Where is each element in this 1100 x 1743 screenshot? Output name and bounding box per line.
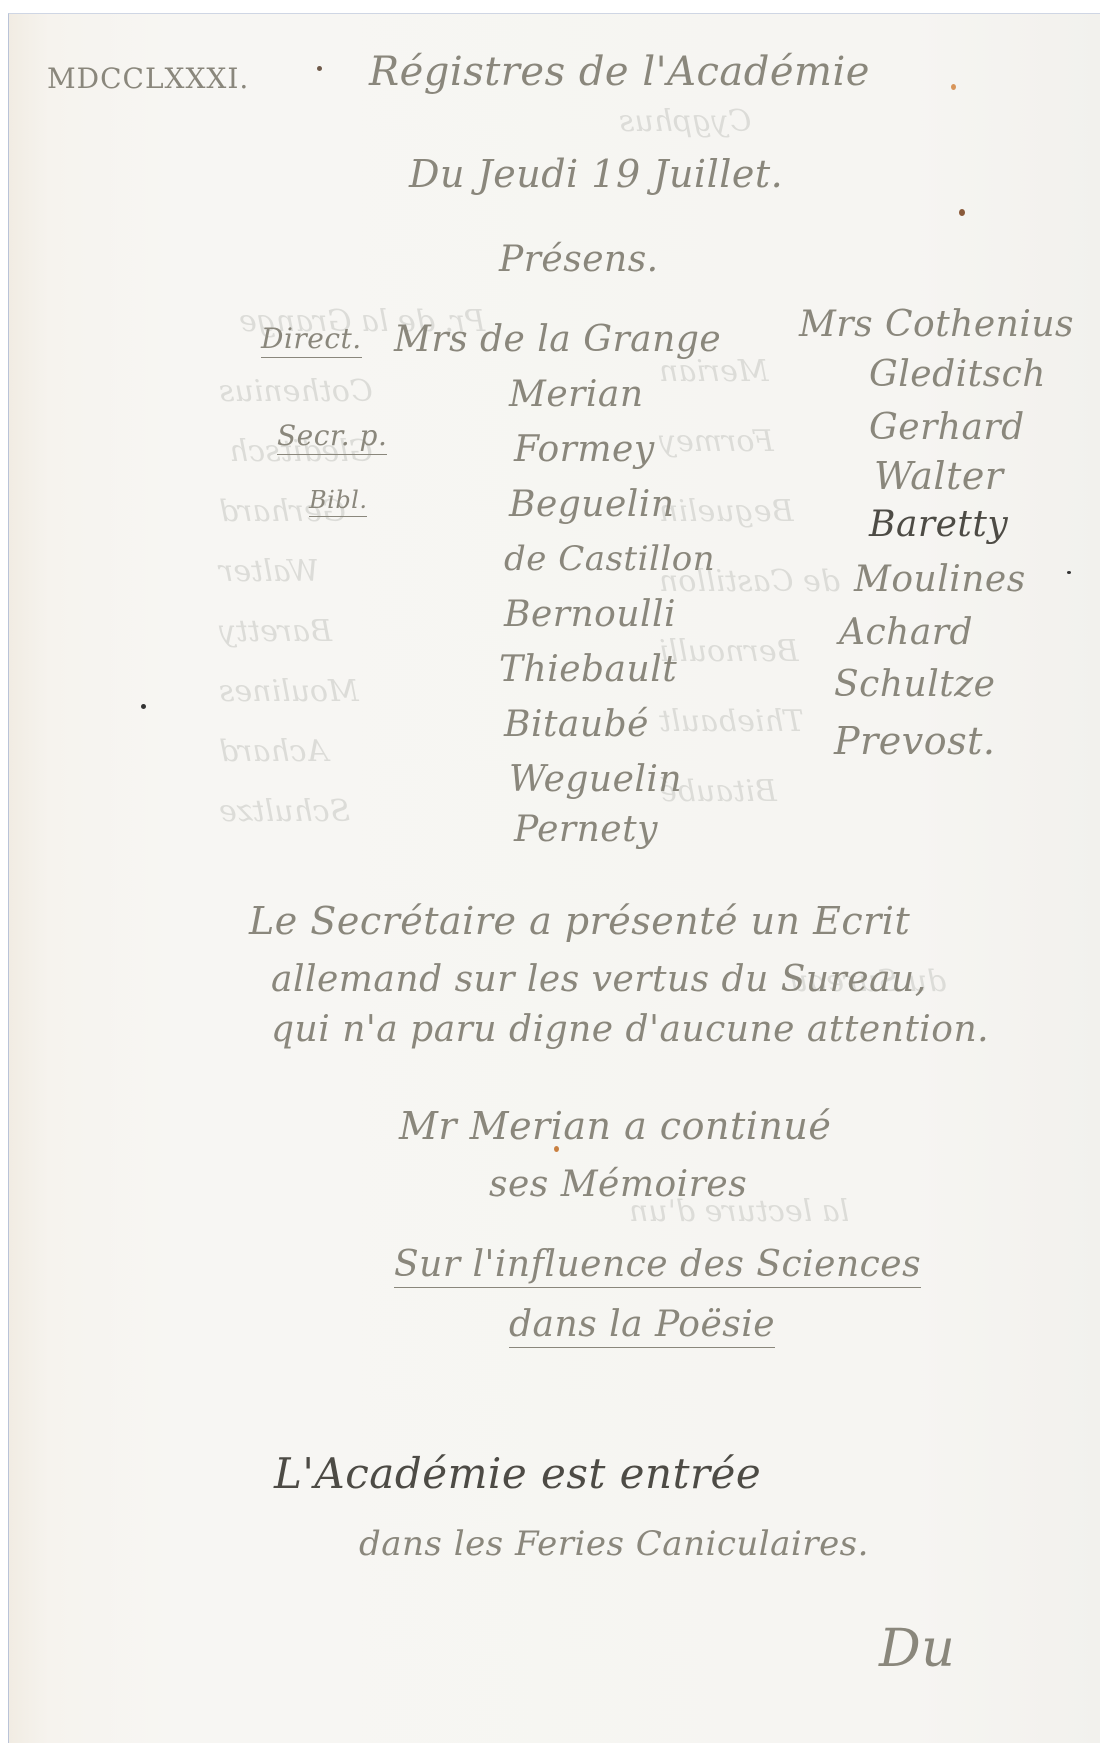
foxing-spot xyxy=(554,1146,559,1152)
member-name: Merian xyxy=(509,374,644,415)
bleed-through-text: Thiebault xyxy=(659,704,804,739)
member-name: Walter xyxy=(874,454,1004,498)
ink-speck xyxy=(959,209,965,216)
role-label-secretary: Secr. p. xyxy=(277,419,387,455)
text-line: Le Secrétaire a présenté un Ecrit xyxy=(249,899,910,943)
bleed-through-text: Schultze xyxy=(219,794,350,829)
member-name: Pernety xyxy=(514,809,658,850)
member-name: Mrs Cothenius xyxy=(799,304,1074,345)
member-name: Baretty xyxy=(869,504,1008,545)
role-label-librarian: Bibl. xyxy=(309,486,367,517)
member-name: Gleditsch xyxy=(869,354,1046,395)
member-name: Beguelin xyxy=(509,484,675,525)
bleed-through-text: Beguelin xyxy=(659,494,794,529)
bleed-through-text: Cothenius xyxy=(219,374,373,409)
member-name: Schultze xyxy=(834,664,995,705)
manuscript-page: Pr. de la Grange Cothenius Gleditsch Ger… xyxy=(8,13,1100,1743)
text-line: dans les Feries Caniculaires. xyxy=(359,1524,869,1564)
date-line: Du Jeudi 19 Juillet. xyxy=(409,152,783,196)
foxing-spot xyxy=(951,84,956,90)
bleed-through-text: Walter xyxy=(219,554,319,589)
member-name: de Castillon xyxy=(504,539,715,579)
bleed-through-text: Moulines xyxy=(219,674,359,709)
member-name: Bernoulli xyxy=(504,594,676,635)
text-line: L'Académie est entrée xyxy=(274,1449,761,1498)
bleed-through-text: Achard xyxy=(219,734,328,769)
member-name: Achard xyxy=(839,612,973,653)
bleed-through-text: Cygphus xyxy=(619,104,751,139)
text-line: qui n'a paru digne d'aucune attention. xyxy=(271,1009,989,1050)
bleed-through-text: Bernoulli xyxy=(659,634,799,669)
member-name: Bitaubé xyxy=(504,704,649,745)
role-label-director: Direct. xyxy=(261,322,362,358)
ink-speck xyxy=(317,66,322,71)
header-title: Régistres de l'Académie xyxy=(369,49,870,95)
ink-speck xyxy=(1067,571,1071,574)
text-line: allemand sur les vertus du Sureau, xyxy=(271,959,927,1000)
member-name: Mrs de la Grange xyxy=(394,319,721,360)
present-heading: Présens. xyxy=(499,239,659,280)
year-numeral: MDCCLXXXI. xyxy=(47,62,249,95)
bleed-through-text: Formey xyxy=(659,424,774,459)
bleed-through-text: Baretty xyxy=(219,614,332,649)
member-name: Prevost. xyxy=(834,719,995,763)
catchword: Du xyxy=(879,1619,955,1679)
title-line: dans la Poësie xyxy=(509,1304,775,1348)
text-line: ses Mémoires xyxy=(489,1164,747,1205)
member-name: Formey xyxy=(514,429,655,470)
ink-speck xyxy=(141,704,146,709)
title-line: Sur l'influence des Sciences xyxy=(394,1244,921,1288)
text-line: Mr Merian a continué xyxy=(399,1104,831,1148)
member-name: Gerhard xyxy=(869,407,1025,448)
member-name: Weguelin xyxy=(509,759,682,800)
member-name: Moulines xyxy=(854,559,1026,600)
member-name: Thiebault xyxy=(499,649,677,690)
